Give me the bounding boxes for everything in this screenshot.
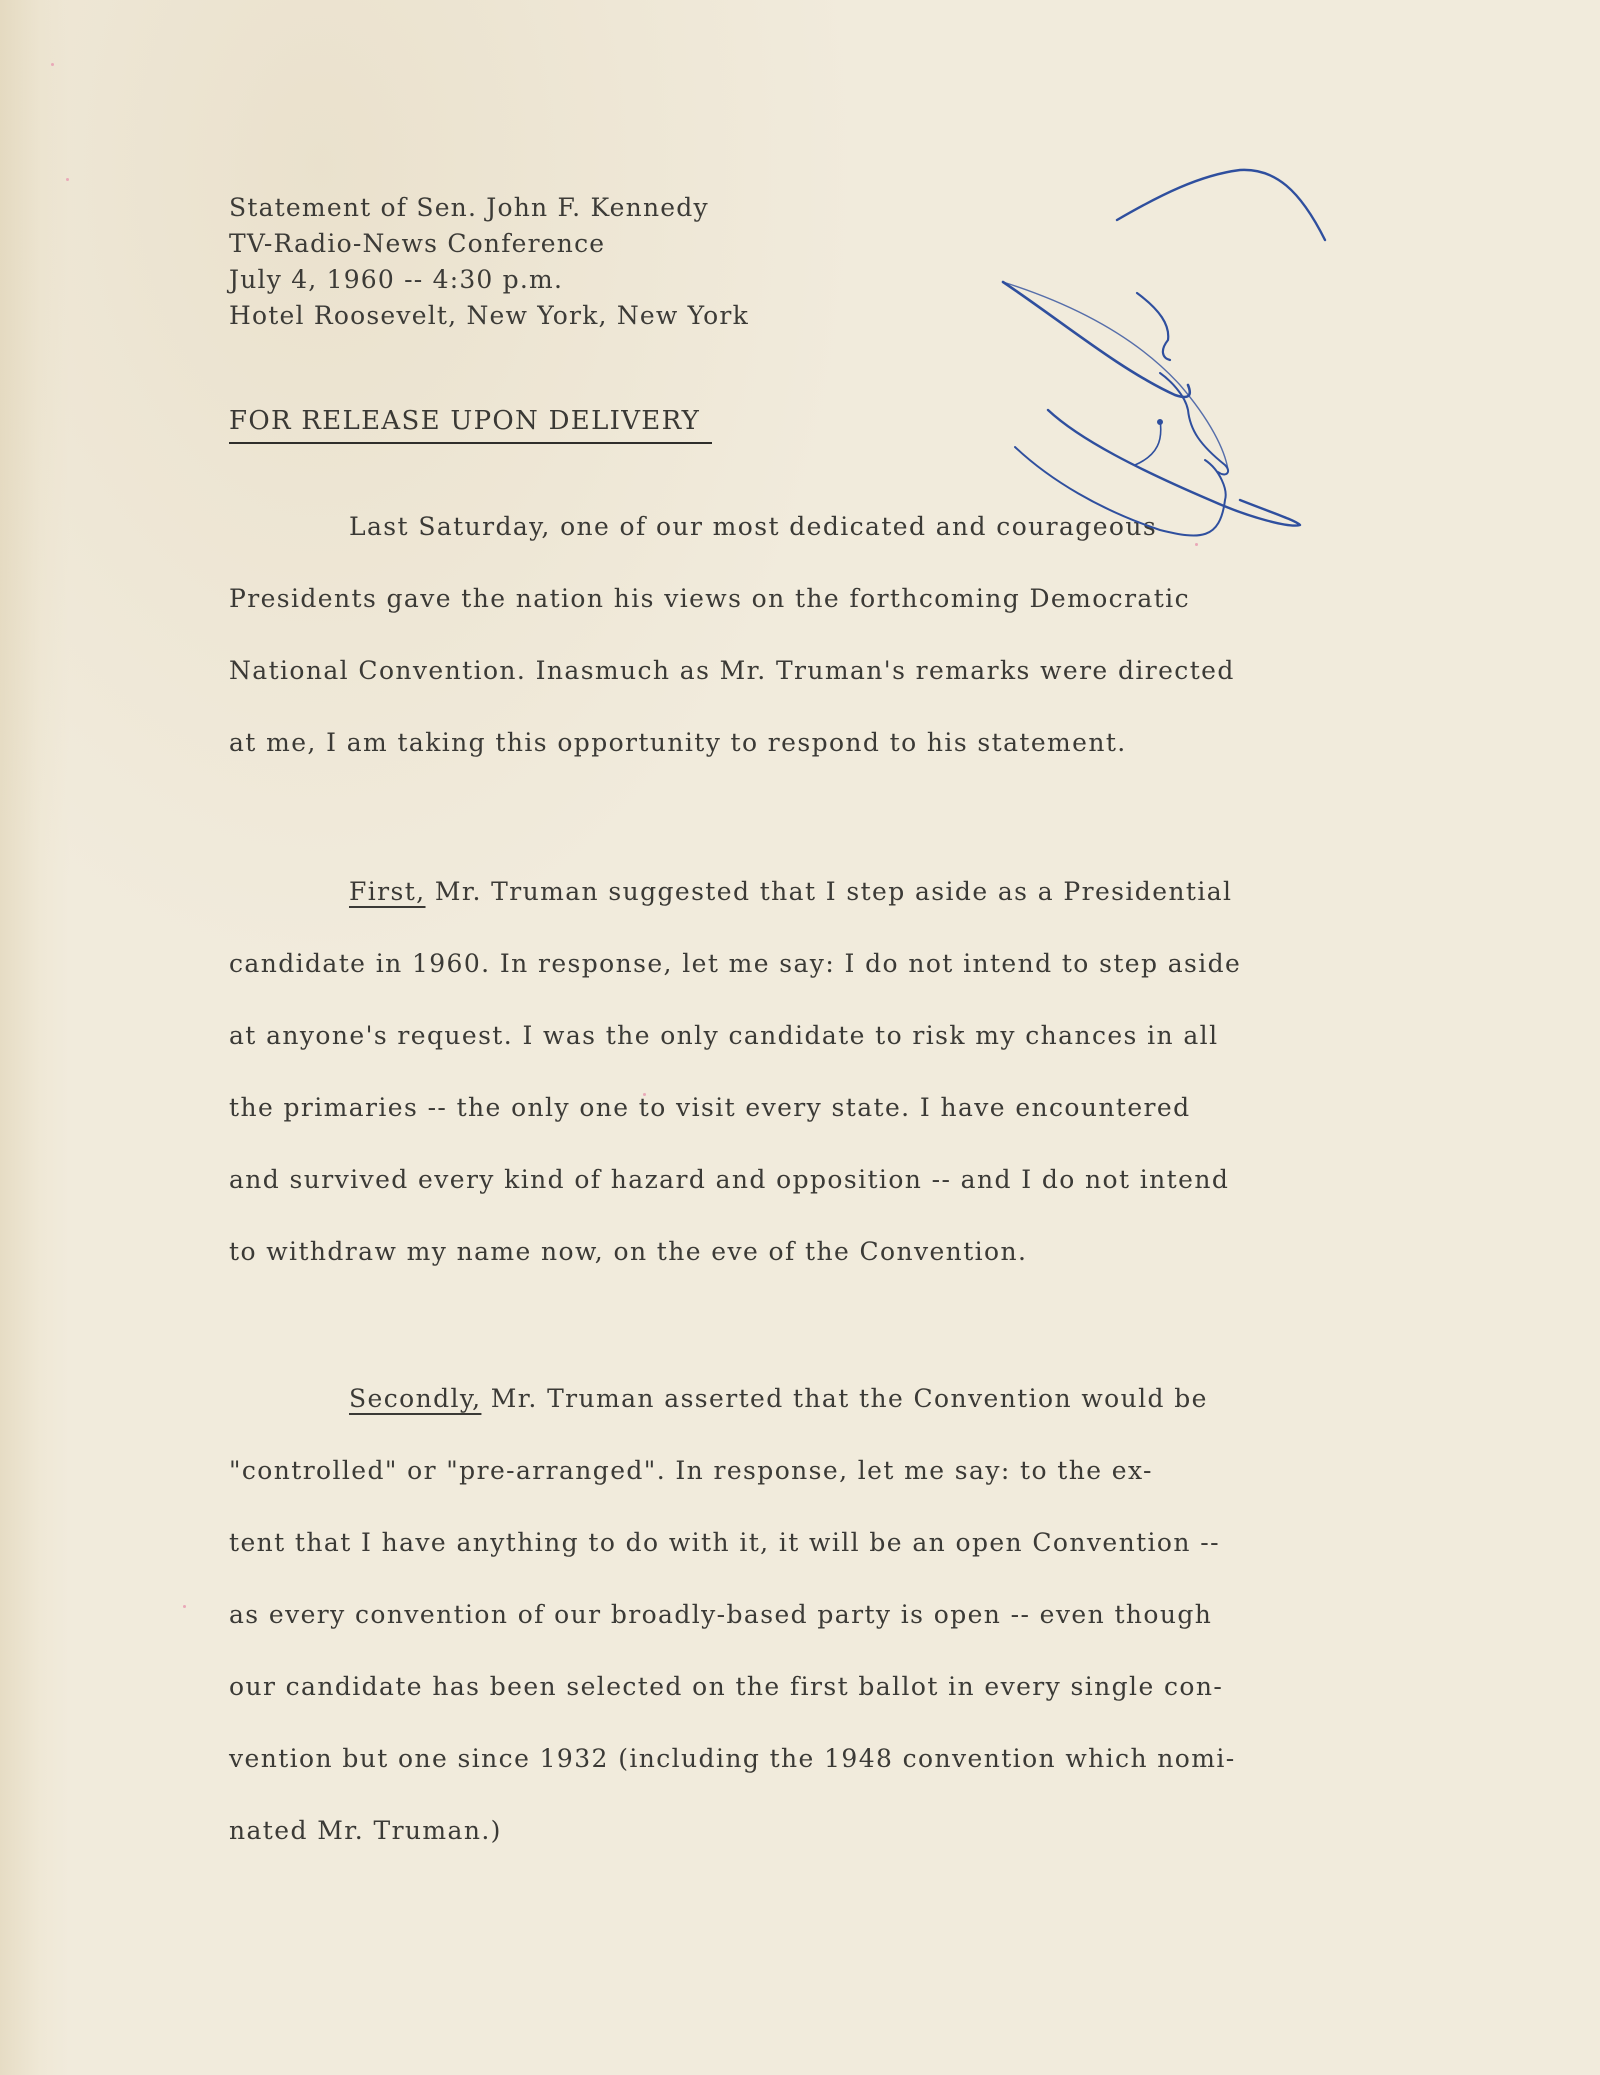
paragraph-line: National Convention. Inasmuch as Mr. Tru… (229, 656, 1235, 685)
paragraph-line: and survived every kind of hazard and op… (229, 1165, 1229, 1194)
header-line-event: TV-Radio-News Conference (229, 226, 749, 262)
paragraph-line: Last Saturday, one of our most dedicated… (349, 512, 1157, 541)
header-line-location: Hotel Roosevelt, New York, New York (229, 298, 749, 334)
paper-speck (51, 63, 54, 66)
paper-speck (643, 1093, 646, 1096)
paragraph-line: the primaries -- the only one to visit e… (229, 1093, 1190, 1122)
first-line-rest: Mr. Truman suggested that I step aside a… (426, 877, 1233, 906)
header-line-title: Statement of Sen. John F. Kennedy (229, 190, 749, 226)
paragraph-line: tent that I have anything to do with it,… (229, 1528, 1220, 1557)
paragraph-first-line: First, Mr. Truman suggested that I step … (349, 877, 1232, 906)
header-line-date: July 4, 1960 -- 4:30 p.m. (229, 262, 749, 298)
paragraph-line: vention but one since 1932 (including th… (229, 1744, 1236, 1773)
paragraph-line: Presidents gave the nation his views on … (229, 584, 1190, 613)
paragraph-line: at anyone's request. I was the only cand… (229, 1021, 1218, 1050)
paragraph-line: our candidate has been selected on the f… (229, 1672, 1223, 1701)
paper-speck (183, 1605, 186, 1608)
paragraph-line: candidate in 1960. In response, let me s… (229, 949, 1241, 978)
paragraph-first-line: Secondly, Mr. Truman asserted that the C… (349, 1384, 1208, 1413)
paper-speck (66, 178, 69, 181)
underlined-lead-word: Secondly, (349, 1384, 481, 1413)
release-notice: FOR RELEASE UPON DELIVERY (229, 406, 712, 444)
statement-header: Statement of Sen. John F. Kennedy TV-Rad… (229, 190, 749, 334)
document-page: Statement of Sen. John F. Kennedy TV-Rad… (0, 0, 1600, 2075)
underlined-lead-word: First, (349, 877, 426, 906)
paragraph-line: as every convention of our broadly-based… (229, 1600, 1212, 1629)
paper-speck (1195, 543, 1198, 546)
paragraph-line: "controlled" or "pre-arranged". In respo… (229, 1456, 1153, 1485)
first-line-rest: Mr. Truman asserted that the Convention … (481, 1384, 1207, 1413)
paragraph-line: at me, I am taking this opportunity to r… (229, 728, 1127, 757)
paragraph-line: to withdraw my name now, on the eve of t… (229, 1237, 1027, 1266)
paragraph-line: nated Mr. Truman.) (229, 1816, 502, 1845)
